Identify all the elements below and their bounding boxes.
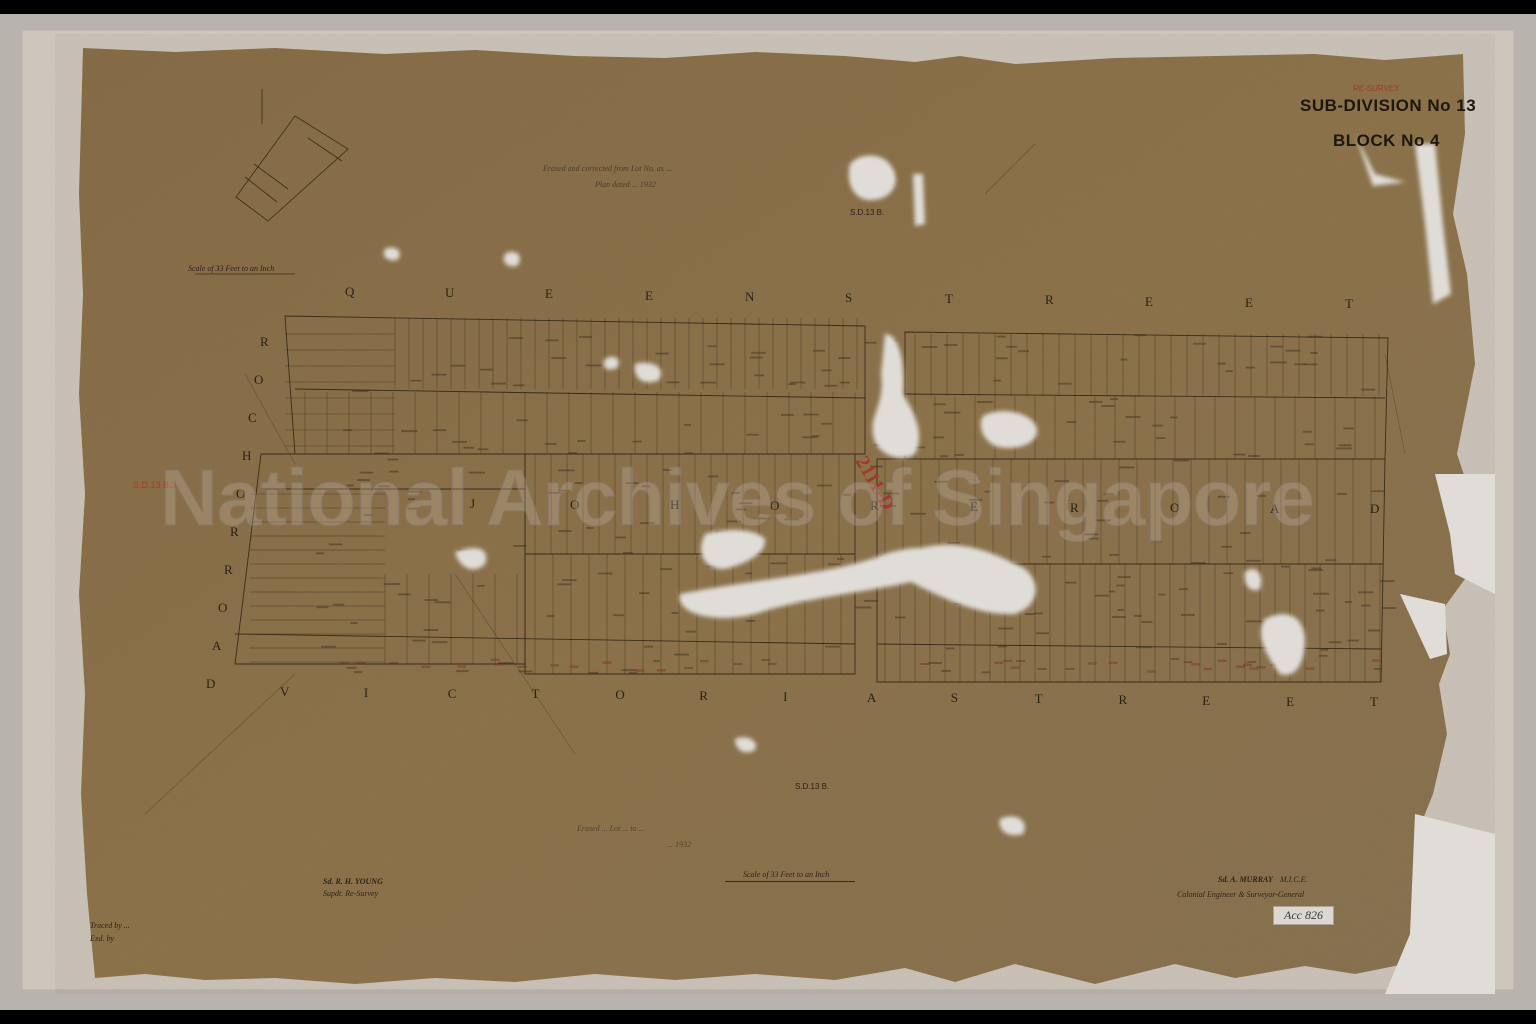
street-letter: D xyxy=(1370,501,1379,517)
traced-by: Traced by ... xyxy=(90,921,130,930)
main-scale-label: Scale of 33 Feet to an Inch xyxy=(743,870,829,879)
sd-label-top: S.D.13 B. xyxy=(850,208,884,217)
murray-title: Colonial Engineer & Surveyor-General xyxy=(1177,890,1304,899)
street-letter: T xyxy=(532,686,540,702)
street-letter: E xyxy=(645,288,653,304)
street-letter: A xyxy=(212,638,221,654)
top-note-line1: Erased and corrected from Lot No. as ... xyxy=(543,164,672,173)
street-letter: T xyxy=(1035,691,1043,707)
street-letter: E xyxy=(1202,693,1210,709)
sd-label-bottom: S.D.13 B. xyxy=(795,782,829,791)
block-title: BLOCK No 4 xyxy=(1333,131,1440,151)
street-letter: U xyxy=(445,285,454,301)
street-letter: O xyxy=(615,687,624,703)
scale-bar xyxy=(725,881,855,882)
street-letter: R xyxy=(260,334,269,350)
young-signature: Sd. R. H. YOUNG xyxy=(323,877,383,886)
accession-tag: Acc 826 xyxy=(1273,906,1334,925)
street-letter: E xyxy=(545,286,553,302)
bottom-note-line1: Erased ... Lot ... to ... xyxy=(577,824,645,833)
street-letter: C xyxy=(448,686,457,702)
street-letter: E xyxy=(1145,294,1153,310)
inset-scale-label: Scale of 33 Feet to an Inch xyxy=(188,264,274,273)
street-letter: S xyxy=(951,690,958,706)
murray-suffix: M.I.C.E. xyxy=(1280,875,1308,884)
street-letter: R xyxy=(224,562,233,578)
examined-by: Exd. by xyxy=(90,934,114,943)
street-letter: D xyxy=(206,676,215,692)
resurvey-annotation: RE-SURVEY xyxy=(1353,84,1400,93)
street-letter: O xyxy=(218,600,227,616)
street-letter: T xyxy=(945,291,953,307)
street-letter: E xyxy=(1245,295,1253,311)
murray-signature: Sd. A. MURRAY xyxy=(1218,875,1273,884)
street-letter: A xyxy=(867,690,876,706)
street-letter: O xyxy=(254,372,263,388)
street-letter: N xyxy=(745,289,754,305)
street-letter: S xyxy=(845,290,852,306)
street-letter: T xyxy=(1345,296,1353,312)
watermark: National Archives of Singapore xyxy=(160,452,1314,544)
street-letter: E xyxy=(1286,694,1294,710)
street-letter: T xyxy=(1370,694,1378,710)
street-letter: I xyxy=(783,689,787,705)
young-title: Supdt. Re-Survey xyxy=(323,889,378,898)
street-letter: R xyxy=(1045,292,1054,308)
street-letter: R xyxy=(699,688,708,704)
map-sheet: RE-SURVEY SUB-DIVISION No 13 BLOCK No 4 … xyxy=(55,34,1495,994)
street-letter: R xyxy=(1118,692,1127,708)
bottom-note-line2: ... 1932 xyxy=(667,840,691,849)
subdivision-title: SUB-DIVISION No 13 xyxy=(1300,96,1476,116)
street-letter: I xyxy=(364,685,368,701)
top-note-line2: Plan dated ... 1932 xyxy=(595,180,656,189)
street-letter: C xyxy=(248,410,257,426)
street-letter: Q xyxy=(345,284,354,300)
street-letter: V xyxy=(280,684,289,700)
